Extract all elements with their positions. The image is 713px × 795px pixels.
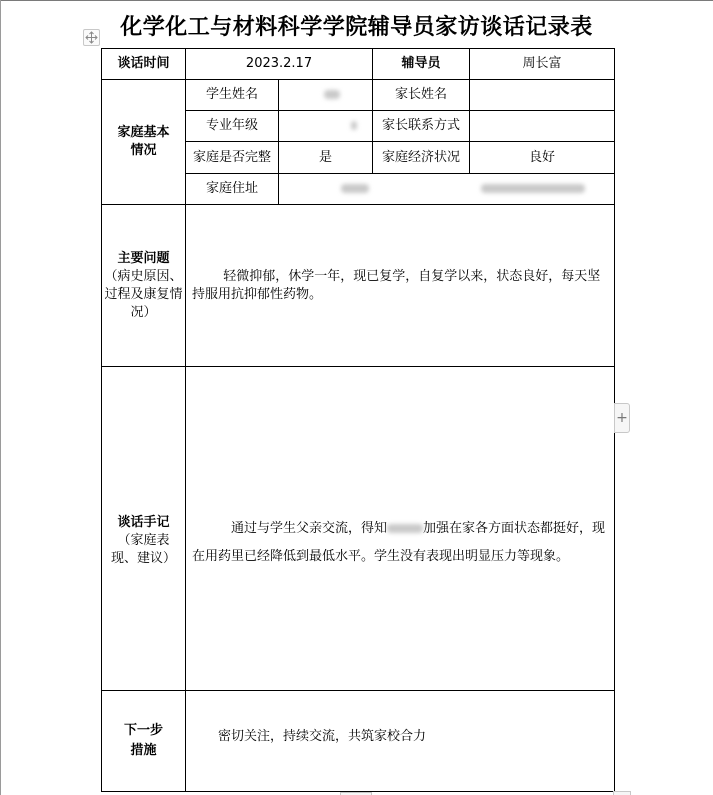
- major-grade-label: 专业年级: [186, 111, 279, 142]
- parent-name-label: 家长姓名: [373, 80, 470, 111]
- counselor-label: 辅导员: [373, 49, 470, 80]
- talk-notes-label: 谈话手记 （家庭表现、建议）: [102, 367, 186, 691]
- family-basic-label-line1: 家庭基本: [102, 124, 185, 142]
- parent-contact-label: 家长联系方式: [373, 111, 470, 142]
- address-value[interactable]: [279, 174, 615, 205]
- next-steps-label: 下一步 措施: [102, 691, 186, 792]
- main-issue-content[interactable]: 轻微抑郁，休学一年，现已复学，自复学以来，状态良好，每天坚持服用抗抑郁性药物。: [186, 205, 615, 367]
- family-basic-label-line2: 情况: [102, 142, 185, 160]
- family-basic-label: 家庭基本 情况: [102, 80, 186, 205]
- parent-name-value[interactable]: [470, 80, 615, 111]
- redacted-address-part1: [341, 184, 369, 193]
- window-top-edge: [0, 0, 713, 1]
- next-steps-label-line1: 下一步: [102, 721, 185, 741]
- redacted-student-name: [324, 90, 340, 99]
- redacted-major-grade: [351, 121, 357, 130]
- plus-icon: +: [616, 410, 628, 426]
- document-title: 化学化工与材料科学学院辅导员家访谈话记录表: [0, 10, 713, 44]
- economic-status-value[interactable]: 良好: [470, 142, 615, 174]
- window-left-edge: [0, 0, 1, 795]
- talk-notes-content[interactable]: 通过与学生父亲交流，得知加强在家各方面状态都挺好，现在用药里已经降低到最低水平。…: [186, 367, 615, 691]
- student-name-row: 家庭基本 情况 学生姓名 家长姓名: [102, 80, 615, 111]
- next-steps-row: 下一步 措施 密切关注，持续交流，共筑家校合力: [102, 691, 615, 792]
- next-steps-content[interactable]: 密切关注，持续交流，共筑家校合力: [186, 691, 615, 792]
- talk-time-label: 谈话时间: [102, 49, 186, 80]
- student-name-value[interactable]: [279, 80, 373, 111]
- talk-notes-text-part1: 通过与学生父亲交流，得知: [231, 521, 387, 536]
- table-move-handle[interactable]: [83, 29, 100, 46]
- economic-status-label: 家庭经济状况: [373, 142, 470, 174]
- move-arrows-icon: [85, 31, 98, 44]
- family-complete-value[interactable]: 是: [279, 142, 373, 174]
- student-name-label: 学生姓名: [186, 80, 279, 111]
- redacted-talk-notes: [387, 524, 423, 533]
- major-grade-value[interactable]: [279, 111, 373, 142]
- talk-notes-subtitle: （家庭表现、建议）: [102, 532, 185, 568]
- talk-time-value[interactable]: 2023.2.17: [186, 49, 373, 80]
- header-row: 谈话时间 2023.2.17 辅导员 周长富: [102, 49, 615, 80]
- table-resize-handle[interactable]: [613, 791, 631, 795]
- redacted-address-part2: [481, 184, 585, 193]
- parent-contact-value[interactable]: [470, 111, 615, 142]
- talk-notes-title: 谈话手记: [102, 514, 185, 532]
- main-issue-subtitle: （病史原因、过程及康复情况）: [102, 268, 185, 322]
- counselor-value[interactable]: 周长富: [470, 49, 615, 80]
- main-issue-row: 主要问题 （病史原因、过程及康复情况） 轻微抑郁，休学一年，现已复学，自复学以来…: [102, 205, 615, 367]
- add-column-button[interactable]: +: [614, 403, 630, 433]
- main-issue-label: 主要问题 （病史原因、过程及康复情况）: [102, 205, 186, 367]
- visit-record-table: 谈话时间 2023.2.17 辅导员 周长富 家庭基本 情况 学生姓名 家长姓名…: [101, 48, 615, 792]
- family-complete-label: 家庭是否完整: [186, 142, 279, 174]
- address-label: 家庭住址: [186, 174, 279, 205]
- main-issue-title: 主要问题: [102, 250, 185, 268]
- next-steps-label-line2: 措施: [102, 741, 185, 761]
- talk-notes-row: 谈话手记 （家庭表现、建议） 通过与学生父亲交流，得知加强在家各方面状态都挺好，…: [102, 367, 615, 691]
